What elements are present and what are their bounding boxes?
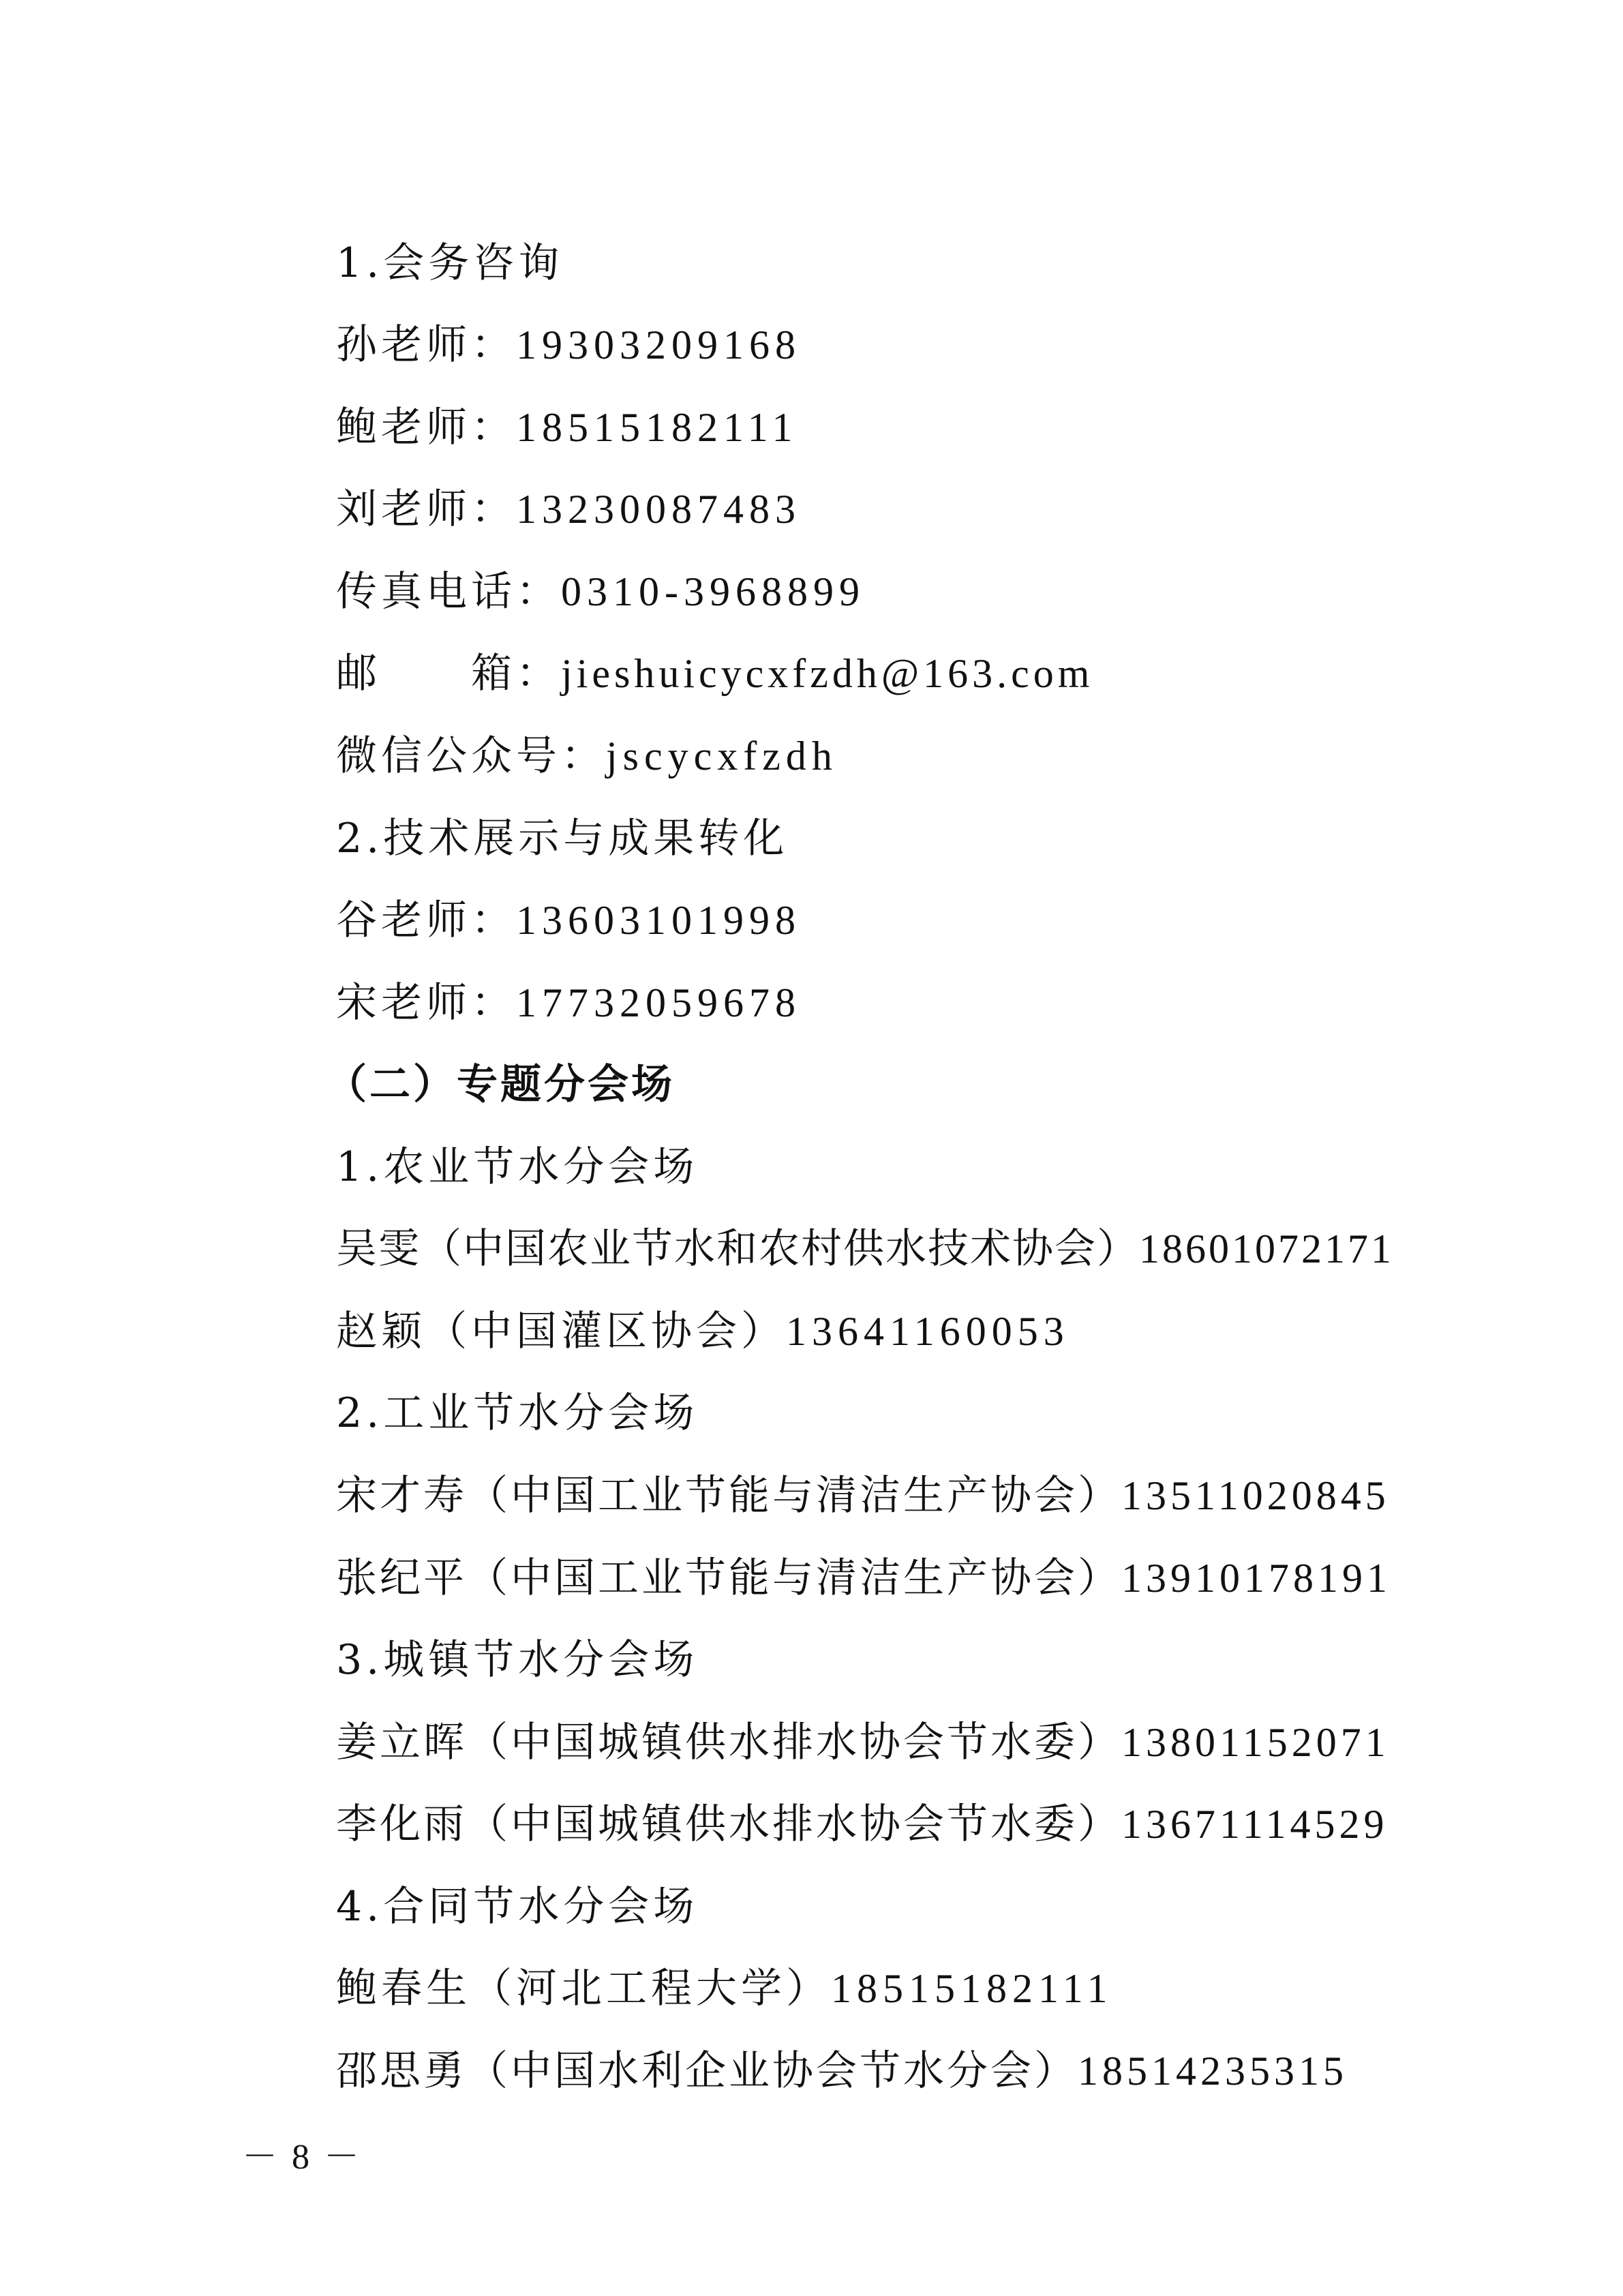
phone-number: 18601072171 (1139, 1226, 1394, 1271)
section-title-industry: 2.工业节水分会场 (336, 1372, 698, 1454)
contact-line: 吴雯（中国农业节水和农村供水技术协会）18601072171 (336, 1208, 1394, 1290)
section-heading-special-sessions: （二）专题分会场 (326, 1044, 675, 1126)
contact-label: 谷老师： (336, 896, 516, 944)
phone-number: 18515182111 (831, 1966, 1113, 2011)
contact-line: 赵颖（中国灌区协会）13641160053 (336, 1290, 1070, 1372)
section-title-meeting-consultation: 1.会务咨询 (336, 222, 563, 304)
phone-number: 13910178191 (1121, 1556, 1391, 1601)
contact-label: 孙老师： (336, 321, 516, 369)
fax-line: 传真电话：0310-3968899 (336, 551, 865, 633)
phone-number: 13230087483 (516, 487, 801, 532)
phone-number: 18515182111 (516, 405, 798, 450)
contact-label: 张纪平（中国工业节能与清洁生产协会） (336, 1554, 1121, 1602)
contact-label: 宋老师： (336, 979, 516, 1027)
wechat-line: 微信公众号：jscycxfzdh (336, 715, 838, 797)
phone-number: 19303209168 (516, 322, 801, 367)
phone-number: 13641160053 (786, 1309, 1070, 1354)
section-title-contract: 4.合同节水分会场 (336, 1866, 698, 1948)
contact-label: 刘老师： (336, 485, 516, 533)
contact-line: 姜立晖（中国城镇供水排水协会节水委）13801152071 (336, 1702, 1390, 1783)
contact-label: 鲍春生（河北工程大学） (336, 1965, 831, 2012)
contact-line: 宋老师：17732059678 (336, 962, 801, 1044)
document-page: 1.会务咨询 孙老师：19303209168 鲍老师：18515182111 刘… (0, 0, 1623, 2296)
wechat-label: 微信公众号： (336, 732, 606, 780)
fax-number: 0310-3968899 (561, 569, 865, 614)
email-label: 邮 箱： (336, 650, 561, 697)
phone-number: 13671114529 (1121, 1802, 1389, 1847)
contact-label: 宋才寿（中国工业节能与清洁生产协会） (336, 1472, 1121, 1520)
contact-line: 宋才寿（中国工业节能与清洁生产协会）13511020845 (336, 1455, 1390, 1537)
contact-line: 鲍老师：18515182111 (336, 387, 798, 468)
contact-label: 李化雨（中国城镇供水排水协会节水委） (336, 1800, 1121, 1848)
phone-number: 13511020845 (1121, 1473, 1390, 1518)
contact-line: 邵思勇（中国水利企业协会节水分会）18514235315 (336, 2030, 1348, 2112)
section-title-urban: 3.城镇节水分会场 (336, 1619, 698, 1701)
section-title-agriculture: 1.农业节水分会场 (336, 1126, 698, 1208)
fax-label: 传真电话： (336, 568, 561, 616)
phone-number: 18514235315 (1078, 2049, 1348, 2094)
email-line: 邮 箱：jieshuicycxfzdh@163.com (336, 633, 1093, 714)
contact-line: 张纪平（中国工业节能与清洁生产协会）13910178191 (336, 1537, 1391, 1619)
phone-number: 13801152071 (1121, 1720, 1390, 1765)
contact-line: 孙老师：19303209168 (336, 304, 801, 386)
email-address[interactable]: jieshuicycxfzdh@163.com (561, 651, 1093, 696)
page-number: － 8 － (242, 2130, 362, 2185)
wechat-account: jscycxfzdh (606, 734, 838, 779)
contact-label: 赵颖（中国灌区协会） (336, 1308, 786, 1355)
phone-number: 17732059678 (516, 980, 801, 1025)
contact-line: 刘老师：13230087483 (336, 468, 801, 550)
contact-line: 李化雨（中国城镇供水排水协会节水委）13671114529 (336, 1783, 1389, 1865)
contact-label: 邵思勇（中国水利企业协会节水分会） (336, 2047, 1078, 2095)
contact-line: 鲍春生（河北工程大学）18515182111 (336, 1948, 1113, 2029)
phone-number: 13603101998 (516, 898, 801, 943)
section-title-tech-exhibition: 2.技术展示与成果转化 (336, 798, 788, 879)
contact-label: 姜立晖（中国城镇供水排水协会节水委） (336, 1719, 1121, 1766)
contact-label: 吴雯（中国农业节水和农村供水技术协会） (336, 1225, 1139, 1273)
contact-label: 鲍老师： (336, 404, 516, 451)
contact-line: 谷老师：13603101998 (336, 879, 801, 961)
